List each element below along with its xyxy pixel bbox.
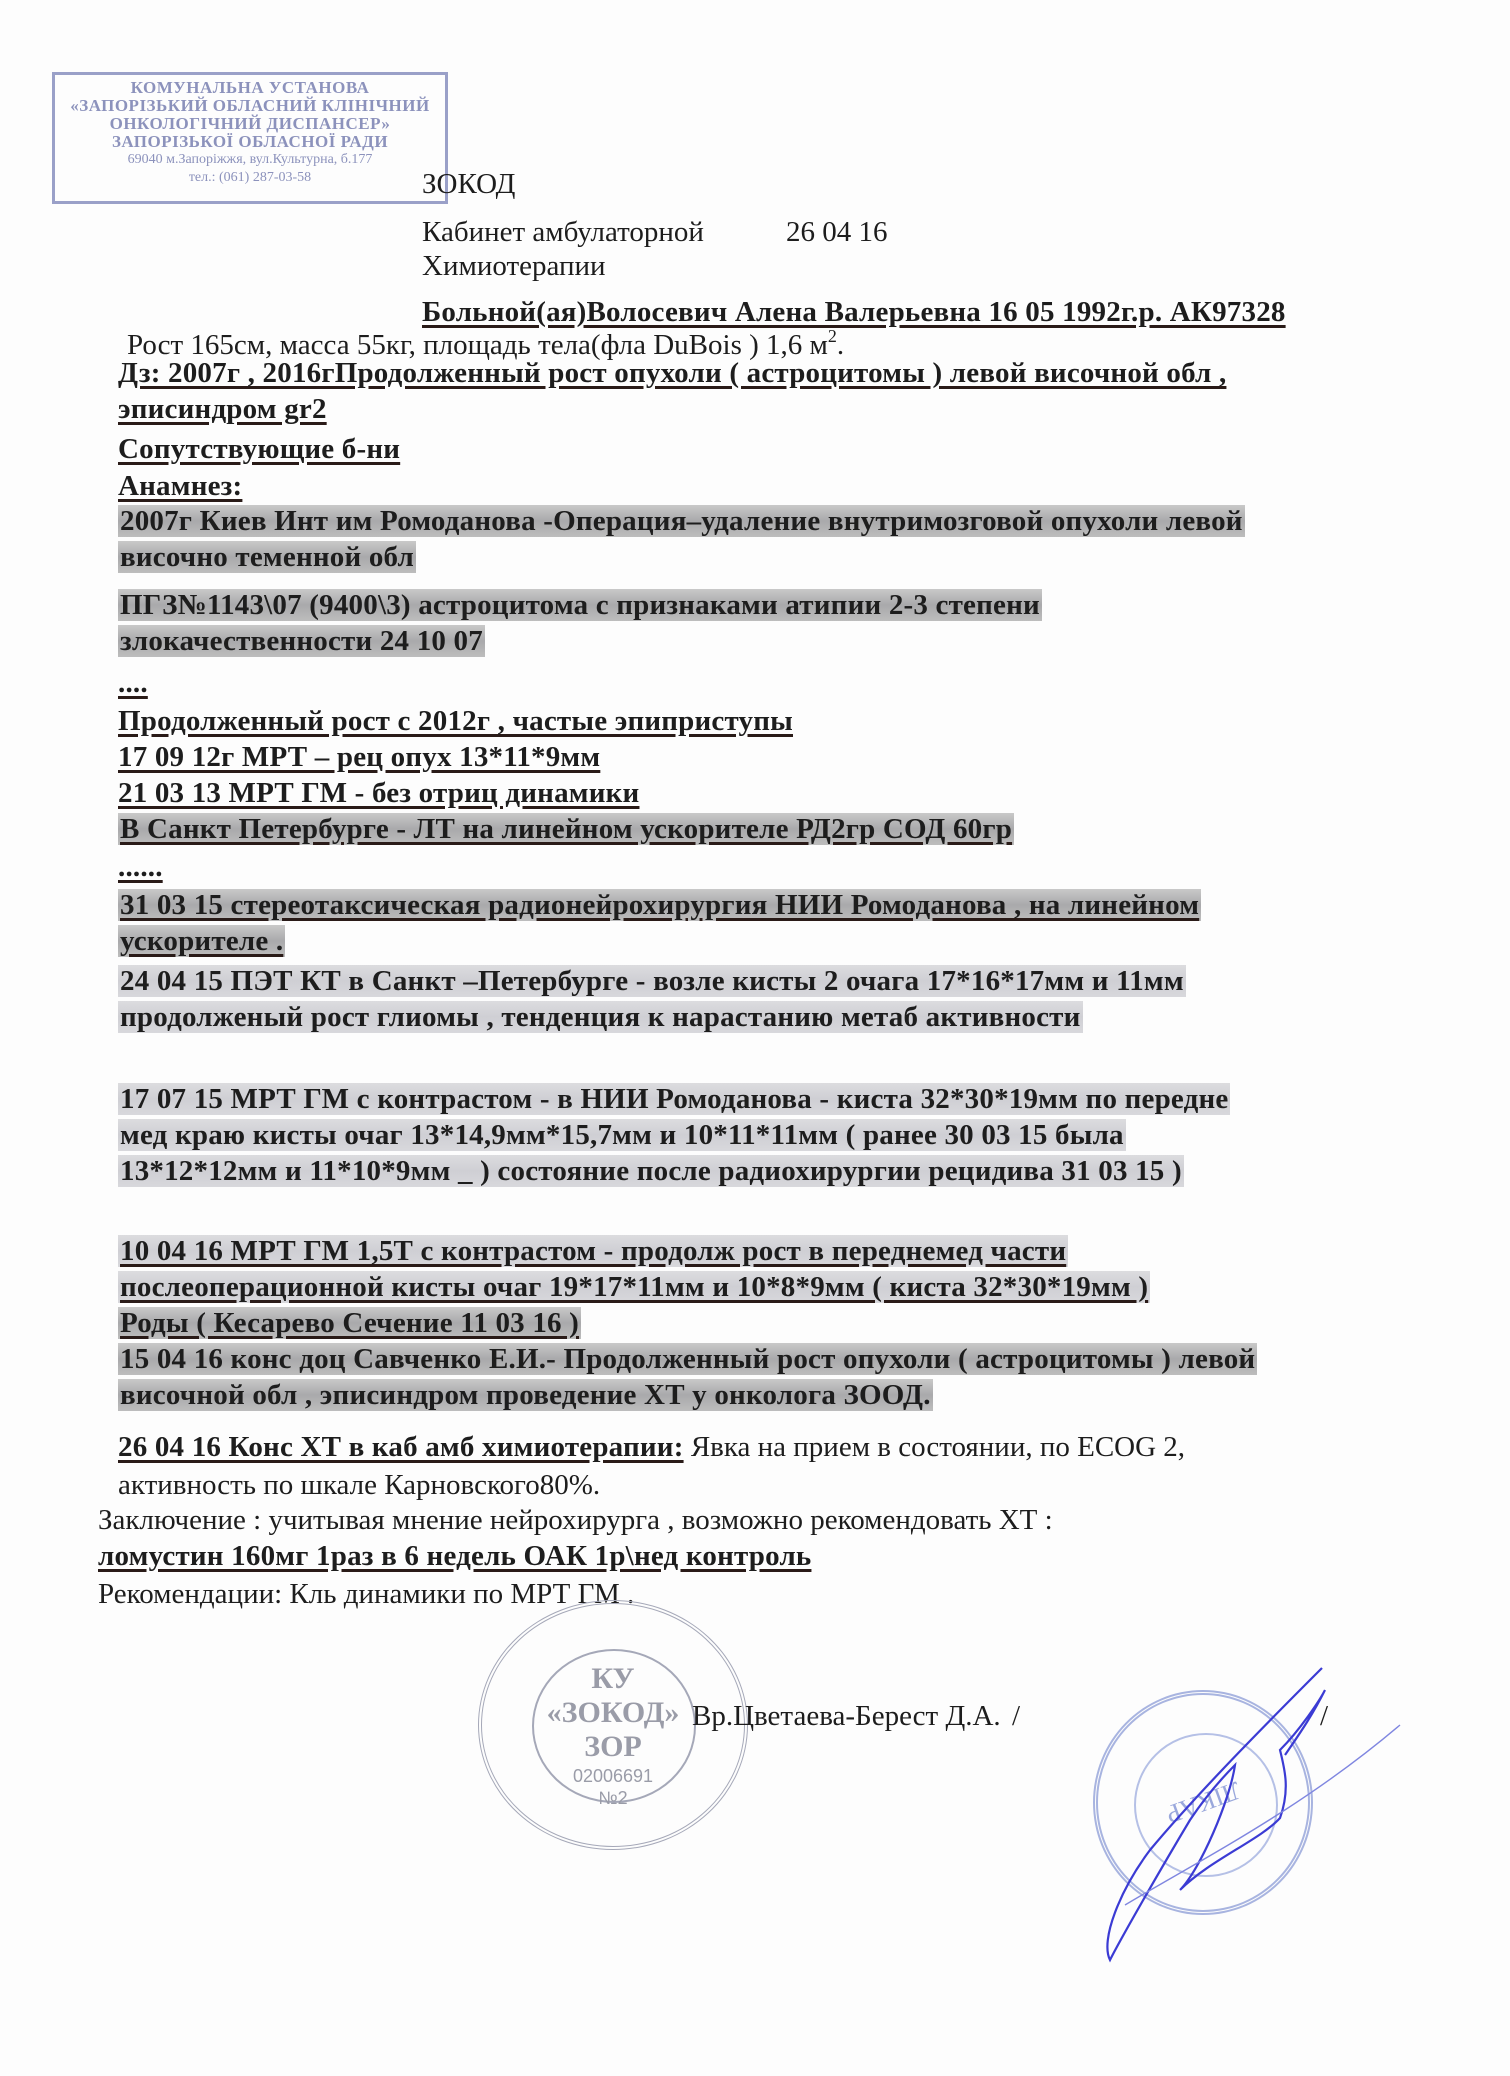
- anamnesis-entry: мед краю кисты очаг 13*14,9мм*15,7мм и 1…: [118, 1118, 1126, 1152]
- anamnesis-entry: 31 03 15 стереотаксическая радионейрохир…: [118, 888, 1201, 922]
- consult-line-2: активность по шкале Карновского80%.: [118, 1468, 600, 1502]
- anamnesis-entry: 24 04 15 ПЭТ КТ в Санкт –Петербурге - во…: [118, 964, 1186, 998]
- cabinet-title-2: Химиотерапии: [422, 250, 606, 283]
- signature-slash-left: /: [1012, 1700, 1020, 1733]
- stamp-address: 69040 м.Запоріжжя, вул.Культурна, б.177: [55, 151, 445, 169]
- consult-text: Явка на прием в состоянии, по ECOG 2,: [684, 1431, 1185, 1463]
- document-date: 26 04 16: [786, 216, 888, 249]
- anamnesis-entry: В Санкт Петербурге - ЛТ на линейном уско…: [118, 812, 1014, 846]
- cabinet-title: Кабинет амбулаторной: [422, 216, 704, 249]
- conclusion-line: Заключение : учитывая мнение нейрохирург…: [98, 1504, 1053, 1537]
- anamnesis-ellipsis: ....: [118, 666, 148, 700]
- doctor-name: Вр.Цветаева-Берест Д.А.: [692, 1700, 1001, 1733]
- org-name: ЗОКОД: [422, 168, 515, 201]
- anamnesis-entry: Продолженный рост с 2012г , частые эпипр…: [118, 704, 793, 738]
- anamnesis-entry: височно теменной обл: [118, 540, 416, 574]
- anamnesis-entry: послеоперационной кисты очаг 19*17*11мм …: [118, 1270, 1150, 1304]
- anamnesis-entry: 2007г Киев Инт им Ромоданова -Операция–у…: [118, 504, 1436, 538]
- anamnesis-entry: ПГЗ№1143\07 (9400\3) астроцитома с призн…: [118, 588, 1042, 622]
- stamp-line: «ЗАПОРІЗЬКИЙ ОБЛАСНИЙ КЛІНІЧНИЙ: [55, 97, 445, 115]
- anamnesis-entry: 17 07 15 МРТ ГМ с контрастом - в НИИ Ром…: [118, 1082, 1230, 1116]
- anamnesis-entry: Роды ( Кесарево Сечение 11 03 16 ): [118, 1306, 581, 1340]
- recommendations: Рекомендации: Кль динамики по МРТ ГМ .: [98, 1578, 634, 1611]
- metrics-sup: 2: [828, 326, 837, 346]
- institution-corner-stamp: КОМУНАЛЬНА УСТАНОВА «ЗАПОРІЗЬКИЙ ОБЛАСНИ…: [52, 72, 448, 204]
- handwritten-signature: [1080, 1640, 1410, 1970]
- anamnesis-entry: 15 04 16 конс доц Савченко Е.И.- Продолж…: [118, 1342, 1257, 1376]
- comorbid-heading: Сопутствующие б-ни: [118, 432, 400, 466]
- stamp-line: КОМУНАЛЬНА УСТАНОВА: [55, 79, 445, 97]
- anamnesis-entry: злокачественности 24 10 07: [118, 624, 485, 658]
- anamnesis-entry: 13*12*12мм и 11*10*9мм _ ) состояние пос…: [118, 1154, 1184, 1188]
- anamnesis-entry: 17 09 12г МРТ – рец опух 13*11*9мм: [118, 740, 600, 774]
- anamnesis-entry: 21 03 13 МРТ ГМ - без отриц динамики: [118, 776, 639, 810]
- stamp-line: ОНКОЛОГІЧНИЙ ДИСПАНСЕР»: [55, 115, 445, 133]
- consult-label: 26 04 16 Конс ХТ в каб амб химиотерапии:: [118, 1431, 684, 1463]
- treatment-regimen: ломустин 160мг 1раз в 6 недель ОАК 1р\не…: [98, 1540, 811, 1573]
- consult-line: 26 04 16 Конс ХТ в каб амб химиотерапии:…: [118, 1430, 1185, 1464]
- anamnesis-entry: ускорителе .: [118, 924, 285, 958]
- anamnesis-entry: продолженый рост глиомы , тенденция к на…: [118, 1000, 1083, 1034]
- anamnesis-entry: височной обл , эписиндром проведение ХТ …: [118, 1378, 933, 1412]
- diagnosis-line-1: Дз: 2007г , 2016гПродолженный рост опухо…: [118, 356, 1226, 390]
- anamnesis-heading: Анамнез:: [118, 469, 242, 503]
- anamnesis-ellipsis: ......: [118, 850, 163, 884]
- diagnosis-line-2: эписиндром gr2: [118, 392, 327, 426]
- stamp-line: ЗАПОРІЗЬКОЇ ОБЛАСНОЇ РАДИ: [55, 133, 445, 151]
- patient-line: Больной(ая)Волосевич Алена Валерьевна 16…: [422, 296, 1286, 329]
- anamnesis-entry: 10 04 16 МРТ ГМ 1,5Т с контрастом - прод…: [118, 1234, 1068, 1268]
- stamp-phone: тел.: (061) 287-03-58: [55, 169, 445, 187]
